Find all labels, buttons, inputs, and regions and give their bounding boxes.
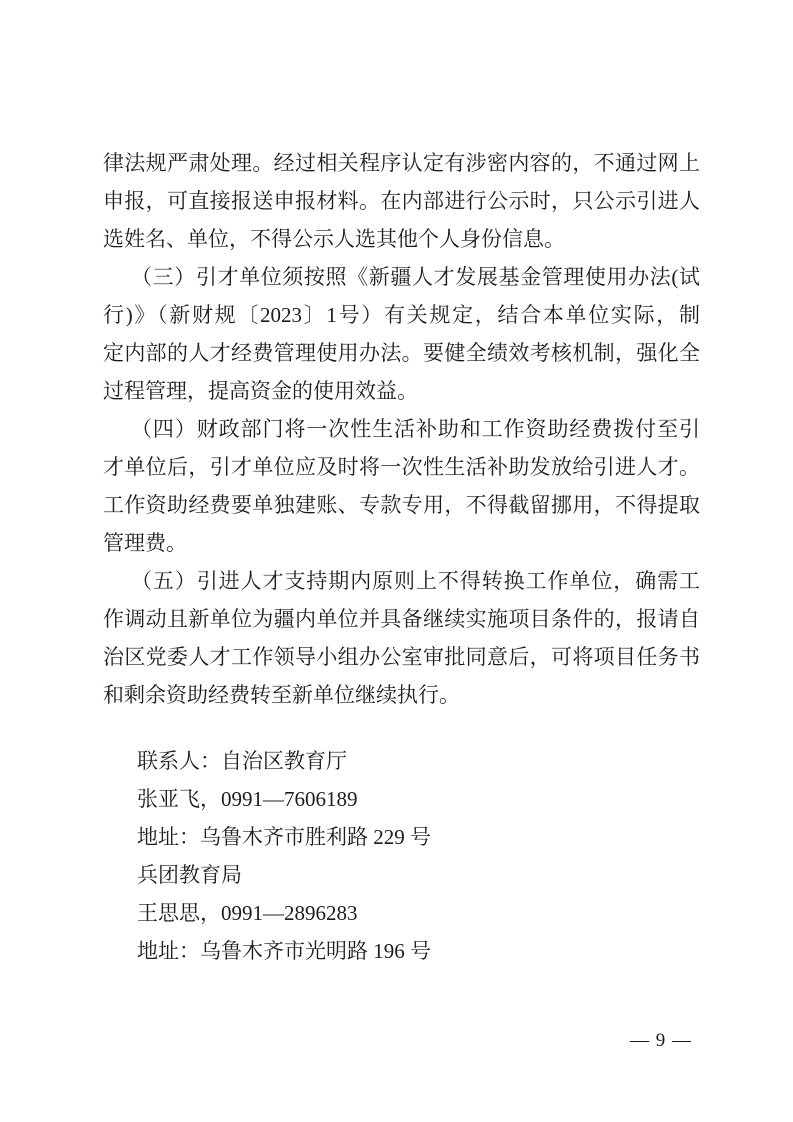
document-body: 律法规严肃处理。经过相关程序认定有涉密内容的，不通过网上 申报，可直接报送申报材… bbox=[103, 144, 700, 970]
text-line: 定内部的人才经费管理使用办法。要健全绩效考核机制，强化全 bbox=[103, 334, 700, 372]
paragraph-item-4: （四）财政部门将一次性生活补助和工作资助经费拨付至引 才单位后，引才单位应及时将… bbox=[103, 410, 700, 562]
page-number: — 9 — bbox=[613, 1029, 709, 1053]
text-line: 选姓名、单位，不得公示人选其他个人身份信息。 bbox=[103, 220, 700, 258]
text-line: 管理费。 bbox=[103, 524, 700, 562]
text-line: 律法规严肃处理。经过相关程序认定有涉密内容的，不通过网上 bbox=[103, 144, 700, 182]
text-line: 治区党委人才工作领导小组办公室审批同意后，可将项目任务书 bbox=[103, 638, 700, 676]
contact-address-line: 地址：乌鲁木齐市胜利路 229 号 bbox=[137, 818, 700, 856]
text-line: 和剩余资助经费转至新单位继续执行。 bbox=[103, 676, 700, 714]
text-line: 过程管理，提高资金的使用效益。 bbox=[103, 372, 700, 410]
text-line: （五）引进人才支持期内原则上不得转换工作单位，确需工 bbox=[103, 562, 700, 600]
text-line: （四）财政部门将一次性生活补助和工作资助经费拨付至引 bbox=[103, 410, 700, 448]
paragraph-item-5: （五）引进人才支持期内原则上不得转换工作单位，确需工 作调动且新单位为疆内单位并… bbox=[103, 562, 700, 714]
contact-address-line: 地址：乌鲁木齐市光明路 196 号 bbox=[137, 932, 700, 970]
text-line: 工作资助经费要单独建账、专款专用，不得截留挪用，不得提取 bbox=[103, 486, 700, 524]
contact-block: 联系人：自治区教育厅 张亚飞，0991—7606189 地址：乌鲁木齐市胜利路 … bbox=[137, 742, 700, 970]
paragraph-item-3: （三）引才单位须按照《新疆人才发展基金管理使用办法(试 行)》（新财规〔2023… bbox=[103, 258, 700, 410]
contact-person-line: 联系人：自治区教育厅 bbox=[137, 742, 700, 780]
text-line: 作调动且新单位为疆内单位并具备继续实施项目条件的，报请自 bbox=[103, 600, 700, 638]
text-line: 行)》（新财规〔2023〕1号）有关规定，结合本单位实际，制 bbox=[103, 296, 700, 334]
text-line: （三）引才单位须按照《新疆人才发展基金管理使用办法(试 bbox=[103, 258, 700, 296]
text-line: 才单位后，引才单位应及时将一次性生活补助发放给引进人才。 bbox=[103, 448, 700, 486]
document-page: 律法规严肃处理。经过相关程序认定有涉密内容的，不通过网上 申报，可直接报送申报材… bbox=[0, 0, 793, 1122]
contact-phone-line: 王思思，0991—2896283 bbox=[137, 894, 700, 932]
text-line: 申报，可直接报送申报材料。在内部进行公示时，只公示引进人 bbox=[103, 182, 700, 220]
contact-org-line: 兵团教育局 bbox=[137, 856, 700, 894]
paragraph-continuation: 律法规严肃处理。经过相关程序认定有涉密内容的，不通过网上 申报，可直接报送申报材… bbox=[103, 144, 700, 258]
contact-phone-line: 张亚飞，0991—7606189 bbox=[137, 780, 700, 818]
